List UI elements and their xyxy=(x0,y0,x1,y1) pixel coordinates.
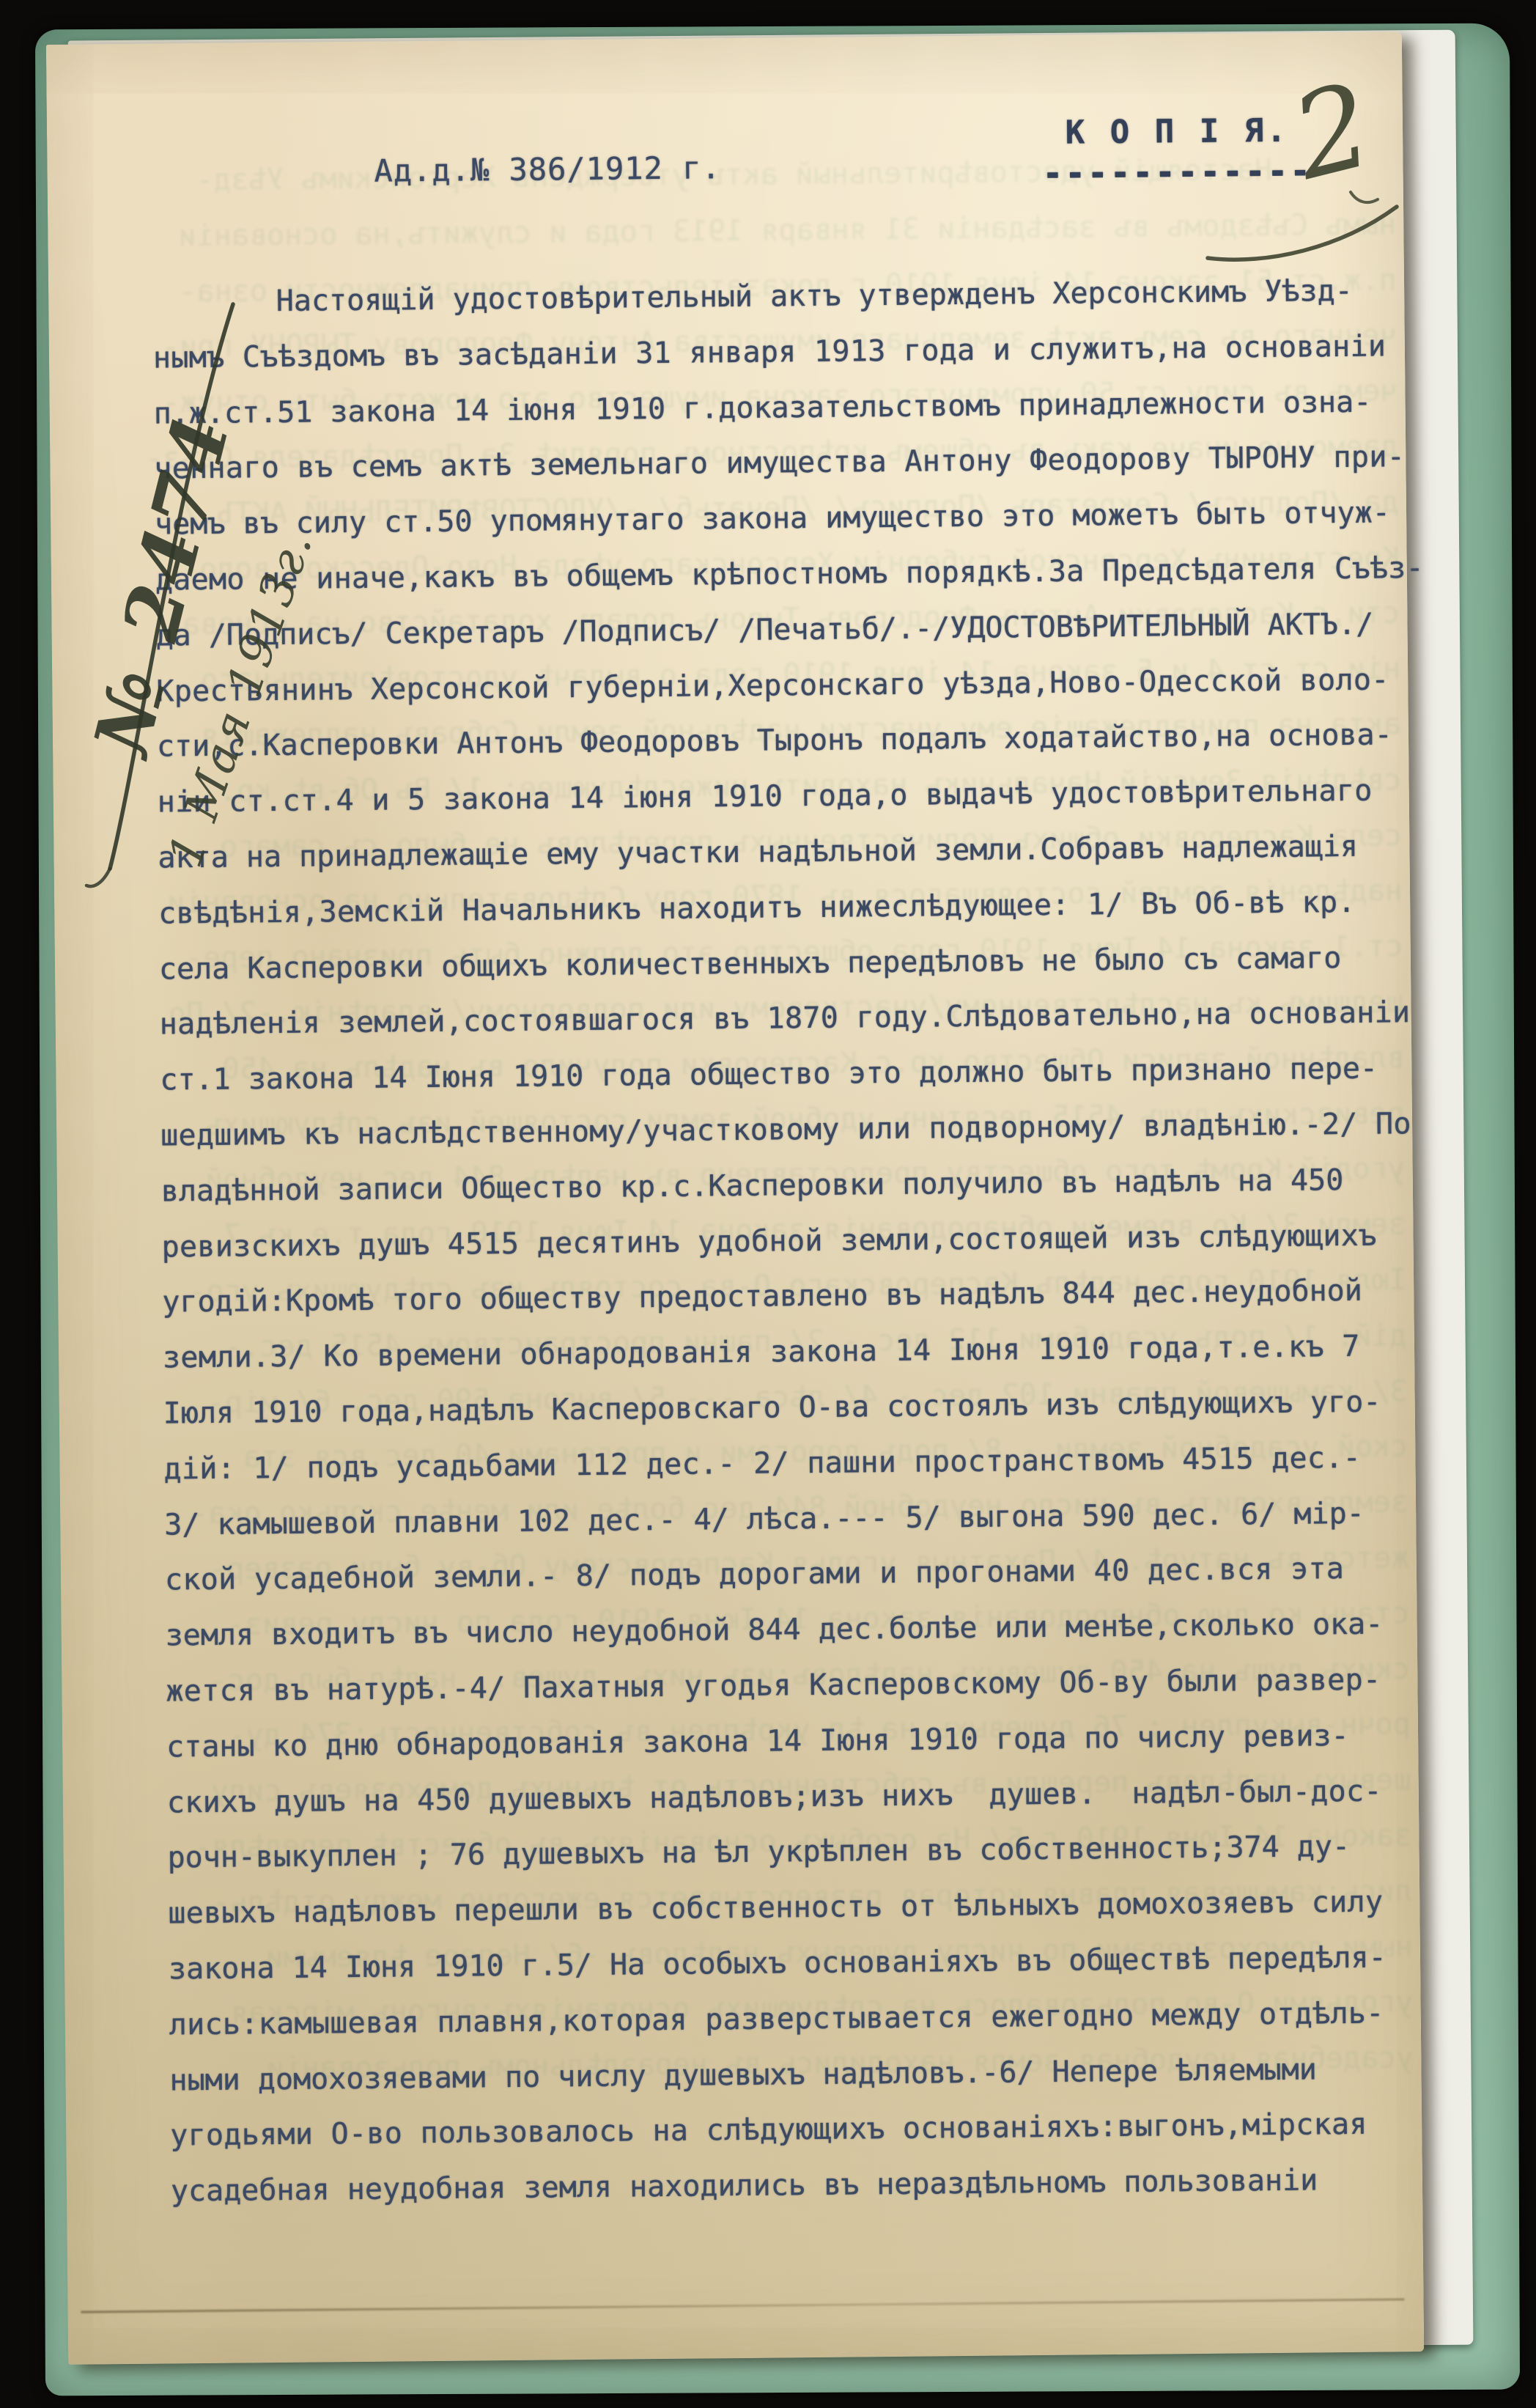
bleed-line: нымъ Съѣздомъ въ засѣданіи 31 января 191… xyxy=(55,197,1397,265)
body-text: Настоящій удостовѣрительный актъ утвержд… xyxy=(152,263,1425,2220)
fold-crease xyxy=(81,2298,1405,2313)
case-reference: Ад.д.№ 386/1912 г. xyxy=(374,150,721,189)
copy-heading-underline: ------------ xyxy=(1042,150,1312,193)
body-line: усадебная неудобная земля находились въ … xyxy=(171,2152,1426,2220)
document-page: Настоящій удостовѣрительный актъ утвержд… xyxy=(46,32,1424,2365)
scanned-document: Настоящій удостовѣрительный актъ утвержд… xyxy=(0,0,1536,2408)
copy-heading-block: К О П І Я. ------------ xyxy=(1042,111,1312,193)
copy-heading: К О П І Я. xyxy=(1042,111,1312,152)
